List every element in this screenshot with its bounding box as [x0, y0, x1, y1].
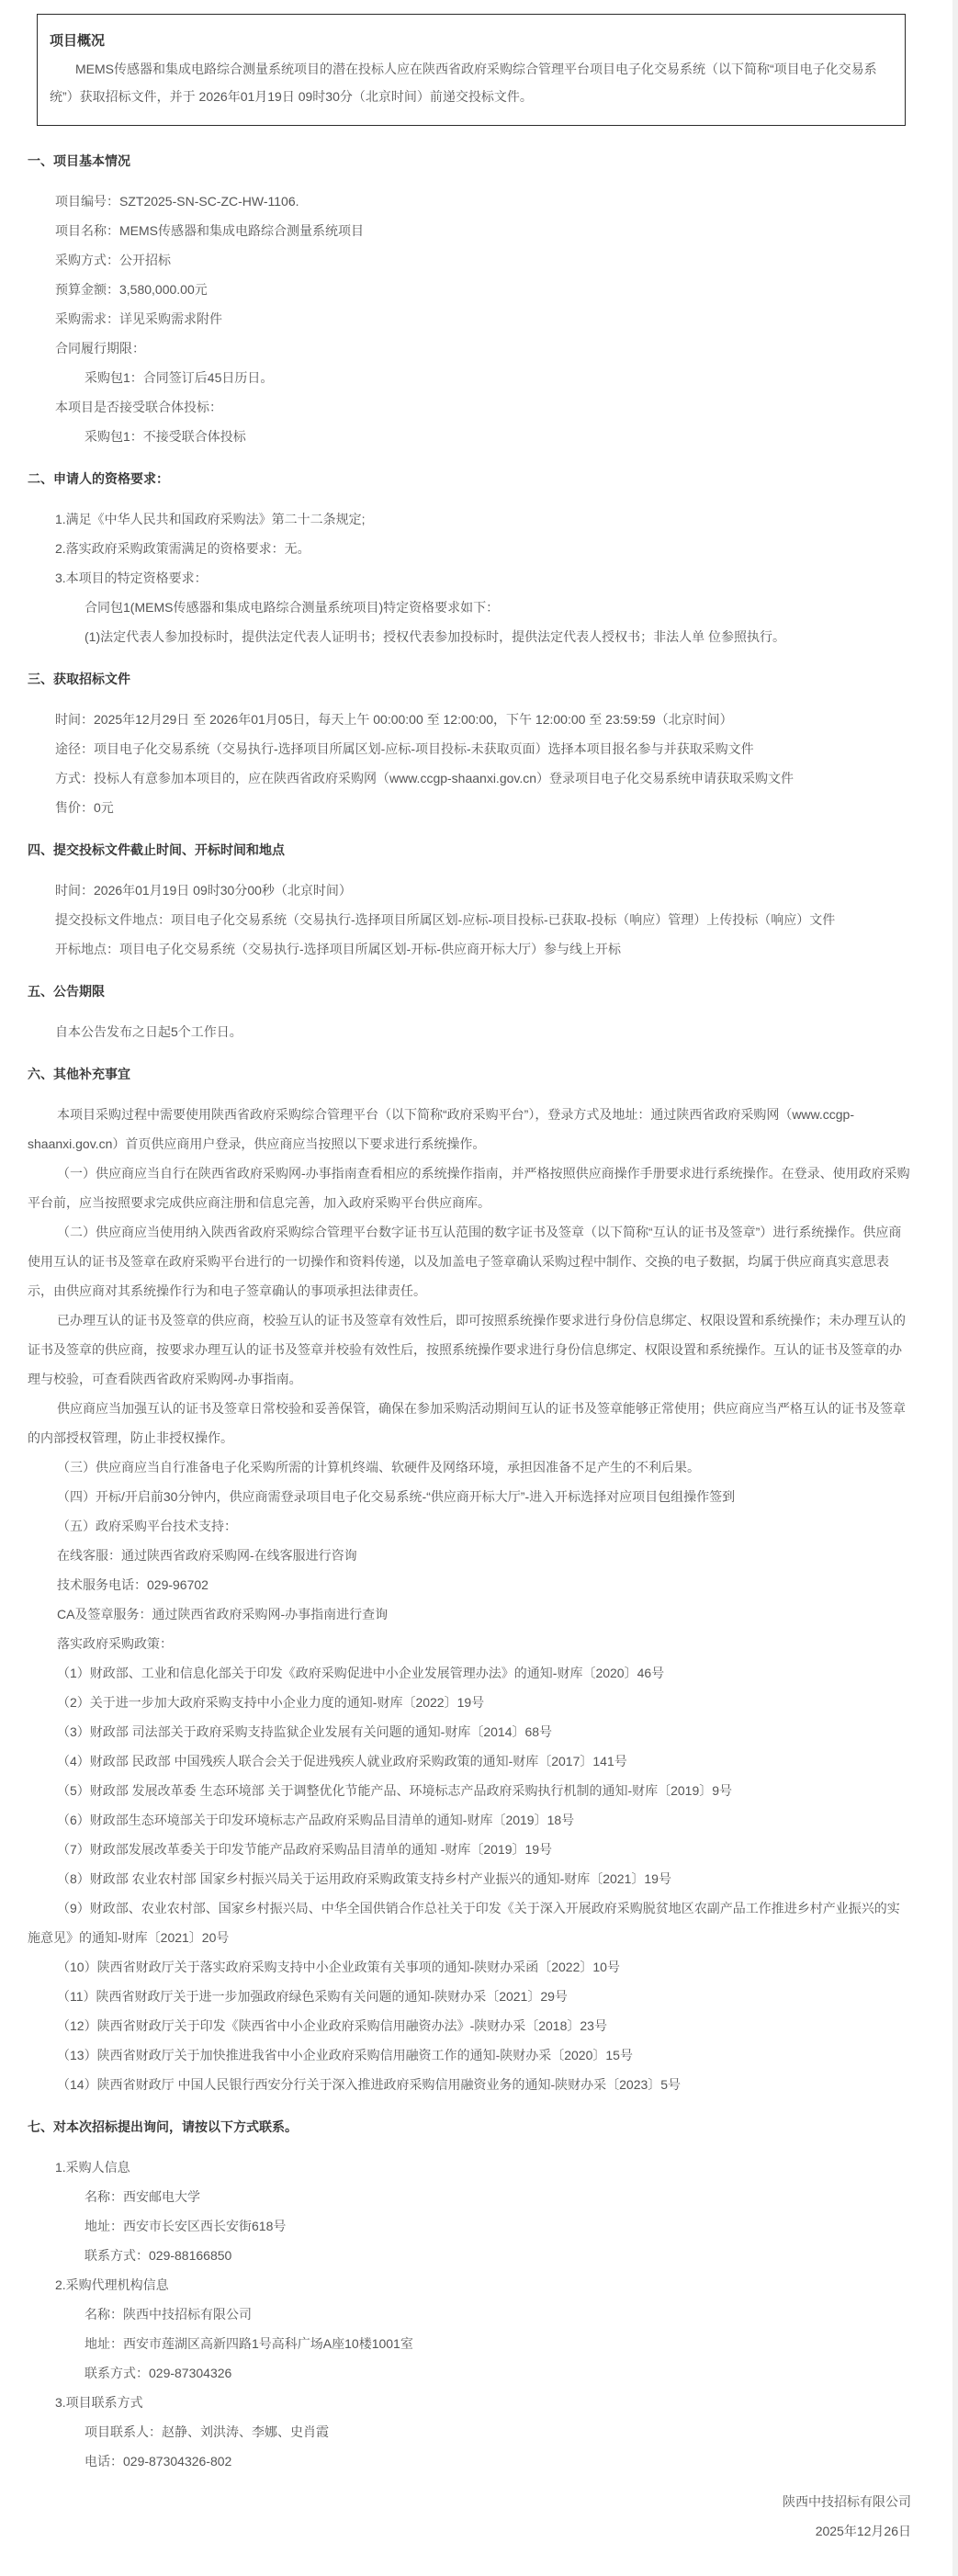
agency-signature: 陕西中技招标有限公司: [0, 2487, 911, 2516]
text-line: 时间：2026年01月19日 09时30分00秒（北京时间）: [28, 876, 911, 905]
overview-title: 项目概况: [50, 28, 890, 55]
scrollbar-track[interactable]: [952, 0, 958, 2576]
text-line: 本项目是否接受联合体投标：: [28, 392, 911, 422]
text-line: 地址：西安市长安区西长安街618号: [85, 2211, 911, 2241]
text-line: （14）陕西省财政厅 中国人民银行西安分行关于深入推进政府采购信用融资业务的通知…: [28, 2070, 911, 2099]
text-line: 自本公告发布之日起5个工作日。: [28, 1017, 911, 1046]
text-line: 在线客服：通过陕西省政府采购网-在线客服进行咨询: [28, 1541, 911, 1570]
text-line: 名称：陕西中技招标有限公司: [85, 2299, 911, 2329]
project-overview-box: 项目概况 MEMS传感器和集成电路综合测量系统项目的潜在投标人应在陕西省政府采购…: [37, 14, 906, 126]
overview-body: MEMS传感器和集成电路综合测量系统项目的潜在投标人应在陕西省政府采购综合管理平…: [50, 55, 890, 110]
text-line: 采购包1：不接受联合体投标: [85, 422, 911, 451]
section-title: 五、公告期限: [28, 977, 911, 1006]
text-line: 提交投标文件地点：项目电子化交易系统（交易执行-选择项目所属区划-应标-项目投标…: [28, 905, 911, 934]
text-line: 采购需求：详见采购需求附件: [28, 304, 911, 333]
text-line: 项目名称：MEMS传感器和集成电路综合测量系统项目: [28, 216, 911, 245]
text-line: 联系方式：029-87304326: [85, 2358, 911, 2388]
text-line: （1）财政部、工业和信息化部关于印发《政府采购促进中小企业发展管理办法》的通知-…: [28, 1658, 911, 1688]
sections-container: 一、项目基本情况项目编号：SZT2025-SN-SC-ZC-HW-1106.项目…: [0, 146, 952, 2476]
text-line: 名称：西安邮电大学: [85, 2182, 911, 2211]
text-line: 3.本项目的特定资格要求：: [28, 563, 911, 593]
section-title: 二、申请人的资格要求：: [28, 464, 911, 493]
text-line: （10）陕西省财政厅关于落实政府采购支持中小企业政策有关事项的通知-陕财办采函〔…: [28, 1952, 911, 1982]
text-line: 采购方式：公开招标: [28, 245, 911, 275]
text-line: 地址：西安市莲湖区高新四路1号高科广场A座10楼1001室: [85, 2329, 911, 2358]
text-line: （11）陕西省财政厅关于进一步加强政府绿色采购有关问题的通知-陕财办采〔2021…: [28, 1982, 911, 2011]
tender-announcement-page: 项目概况 MEMS传感器和集成电路综合测量系统项目的潜在投标人应在陕西省政府采购…: [0, 0, 952, 2576]
text-line: 2.落实政府采购政策需满足的资格要求：无。: [28, 534, 911, 563]
text-line: （2）关于进一步加大政府采购支持中小企业力度的通知-财库〔2022〕19号: [28, 1688, 911, 1717]
section-title: 四、提交投标文件截止时间、开标时间和地点: [28, 835, 911, 864]
text-line: （一）供应商应当自行在陕西省政府采购网-办事指南查看相应的系统操作指南，并严格按…: [28, 1158, 911, 1217]
text-line: （二）供应商应当使用纳入陕西省政府采购综合管理平台数字证书互认范围的数字证书及签…: [28, 1217, 911, 1305]
text-line: 预算金额：3,580,000.00元: [28, 275, 911, 304]
text-line: 3.项目联系方式: [28, 2388, 911, 2417]
section-title: 六、其他补充事宜: [28, 1059, 911, 1089]
text-line: 联系方式：029-88166850: [85, 2241, 911, 2270]
text-line: 2.采购代理机构信息: [28, 2270, 911, 2299]
text-line: 方式：投标人有意参加本项目的，应在陕西省政府采购网（www.ccgp-shaan…: [28, 763, 911, 793]
text-line: 合同包1(MEMS传感器和集成电路综合测量系统项目)特定资格要求如下：: [85, 593, 911, 622]
text-line: 售价：0元: [28, 793, 911, 822]
text-line: （3）财政部 司法部关于政府采购支持监狱企业发展有关问题的通知-财库〔2014〕…: [28, 1717, 911, 1746]
text-line: 技术服务电话：029-96702: [28, 1570, 911, 1599]
text-line: 合同履行期限：: [28, 333, 911, 363]
text-line: （13）陕西省财政厅关于加快推进我省中小企业政府采购信用融资工作的通知-陕财办采…: [28, 2040, 911, 2070]
text-line: 时间：2025年12月29日 至 2026年01月05日，每天上午 00:00:…: [28, 705, 911, 734]
text-line: （三）供应商应当自行准备电子化采购所需的计算机终端、软硬件及网络环境，承担因准备…: [28, 1452, 911, 1482]
text-line: 开标地点：项目电子化交易系统（交易执行-选择项目所属区划-开标-供应商开标大厅）…: [28, 934, 911, 964]
text-line: （12）陕西省财政厅关于印发《陕西省中小企业政府采购信用融资办法》-陕财办采〔2…: [28, 2011, 911, 2040]
text-line: 已办理互认的证书及签章的供应商，校验互认的证书及签章有效性后，即可按照系统操作要…: [28, 1305, 911, 1394]
text-line: （9）财政部、农业农村部、国家乡村振兴局、中华全国供销合作总社关于印发《关于深入…: [28, 1893, 911, 1952]
text-line: （4）财政部 民政部 中国残疾人联合会关于促进残疾人就业政府采购政策的通知-财库…: [28, 1746, 911, 1776]
text-line: CA及签章服务：通过陕西省政府采购网-办事指南进行查询: [28, 1599, 911, 1629]
text-line: 途径：项目电子化交易系统（交易执行-选择项目所属区划-应标-项目投标-未获取页面…: [28, 734, 911, 763]
text-line: （四）开标/开启前30分钟内，供应商需登录项目电子化交易系统-“供应商开标大厅”…: [28, 1482, 911, 1511]
section-title: 七、对本次招标提出询问，请按以下方式联系。: [28, 2112, 911, 2141]
announcement-date: 2025年12月26日: [0, 2516, 911, 2546]
text-line: 电话：029-87304326-802: [85, 2446, 911, 2476]
text-line: (1)法定代表人参加投标时，提供法定代表人证明书；授权代表参加投标时，提供法定代…: [85, 622, 911, 651]
text-line: 项目编号：SZT2025-SN-SC-ZC-HW-1106.: [28, 186, 911, 216]
text-line: 项目联系人：赵静、刘洪涛、李娜、史肖霞: [85, 2417, 911, 2446]
section-title: 三、获取招标文件: [28, 664, 911, 694]
text-line: （8）财政部 农业农村部 国家乡村振兴局关于运用政府采购政策支持乡村产业振兴的通…: [28, 1864, 911, 1893]
signature-block: 陕西中技招标有限公司 2025年12月26日: [0, 2487, 911, 2546]
text-line: （6）财政部生态环境部关于印发环境标志产品政府采购品目清单的通知-财库〔2019…: [28, 1805, 911, 1835]
text-line: 1.满足《中华人民共和国政府采购法》第二十二条规定;: [28, 504, 911, 534]
text-line: 本项目采购过程中需要使用陕西省政府采购综合管理平台（以下简称“政府采购平台”），…: [28, 1100, 911, 1158]
text-line: 采购包1：合同签订后45日历日。: [85, 363, 911, 392]
text-line: 1.采购人信息: [28, 2152, 911, 2182]
text-line: 供应商应当加强互认的证书及签章日常校验和妥善保管，确保在参加采购活动期间互认的证…: [28, 1394, 911, 1452]
text-line: （7）财政部发展改革委关于印发节能产品政府采购品目清单的通知 -财库〔2019〕…: [28, 1835, 911, 1864]
text-line: 落实政府采购政策：: [28, 1629, 911, 1658]
section-title: 一、项目基本情况: [28, 146, 911, 175]
text-line: （五）政府采购平台技术支持：: [28, 1511, 911, 1541]
text-line: （5）财政部 发展改革委 生态环境部 关于调整优化节能产品、环境标志产品政府采购…: [28, 1776, 911, 1805]
